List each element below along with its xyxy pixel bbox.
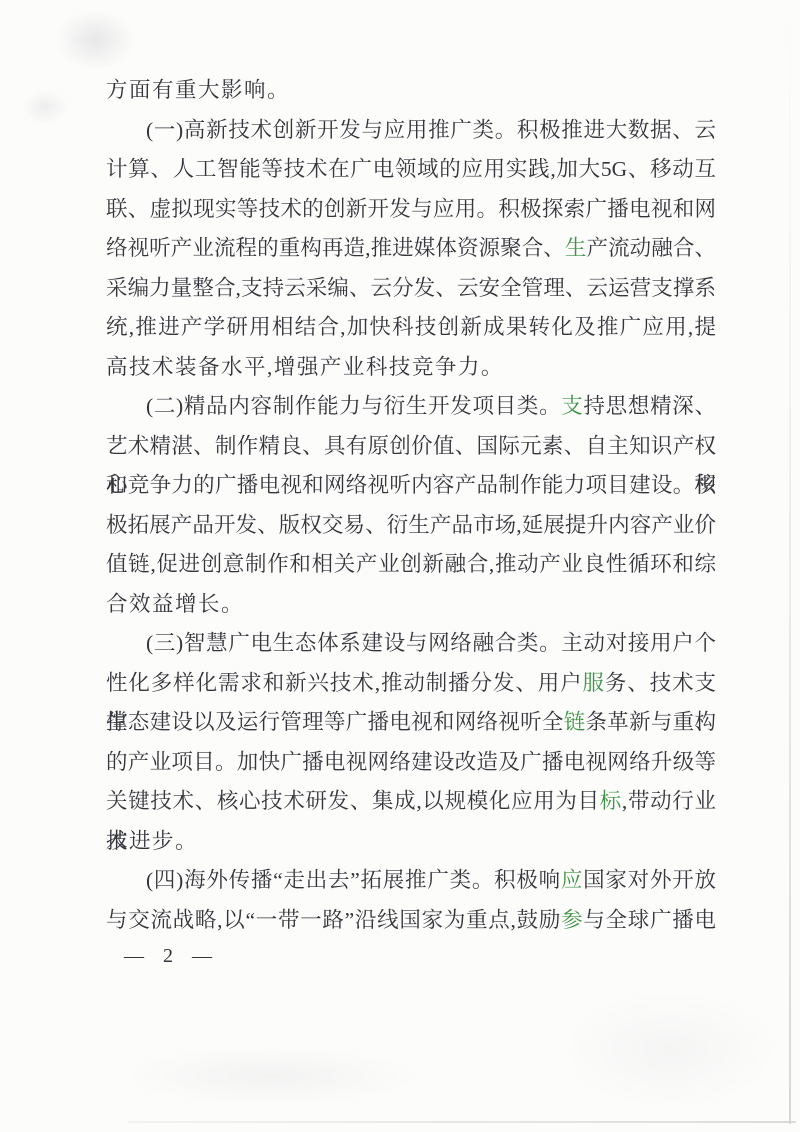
text-segment: 持思想精深、 [583, 394, 716, 418]
text-segment: 方面有重大影响。 [106, 78, 290, 102]
text-line: 性化多样化需求和新兴技术,推动制播分发、用户服务、技术支撑、 [106, 664, 716, 704]
text-segment: (二)精品内容制作能力与衍生开发项目类。 [146, 394, 561, 418]
text-segment: 计算、人工智能等技术在广电领域的应用实践,加大5G、移动互 [106, 157, 716, 181]
text-line: 联、虚拟现实等技术的创新开发与应用。积极探索广播电视和网 [106, 190, 716, 230]
text-line: (二)精品内容制作能力与衍生开发项目类。支持思想精深、 [106, 387, 716, 427]
text-line: (一)高新技术创新开发与应用推广类。积极推进大数据、云 [106, 111, 716, 151]
text-segment: 与交流战略,以“一带一路”沿线国家为重点,鼓励 [106, 908, 561, 932]
text-line: 统,推进产学研用相结合,加快科技创新成果转化及推广应用,提 [106, 308, 716, 348]
text-segment: 值链,促进创意制作和相关产业创新融合,推动产业良性循环和综 [106, 552, 716, 576]
green-tinted-character: 支 [561, 394, 583, 418]
document-lines: 方面有重大影响。(一)高新技术创新开发与应用推广类。积极推进大数据、云计算、人工… [106, 71, 716, 940]
text-segment: 极拓展产品开发、版权交易、衍生产品市场,延展提升内容产业价 [106, 513, 716, 537]
text-line: 络视听产业流程的重构再造,推进媒体资源聚合、生产流动融合、 [106, 229, 716, 269]
text-segment: 条革新与重构 [586, 710, 716, 734]
green-tinted-character: 应 [561, 868, 583, 892]
text-line: 合效益增长。 [106, 585, 716, 625]
scan-smudge [22, 90, 68, 124]
text-line: 值链,促进创意制作和相关产业创新融合,推动产业良性循环和综 [106, 545, 716, 585]
green-tinted-character: 生 [565, 236, 587, 260]
text-segment: 心竞争力的广播电视和网络视听内容产品制作能力项目建设。积 [106, 473, 716, 497]
text-segment: (四)海外传播“走出去”拓展推广类。积极响 [146, 868, 561, 892]
text-line: (三)智慧广电生态体系建设与网络融合类。主动对接用户个 [106, 624, 716, 664]
scan-edge-right [789, 0, 791, 1124]
text-segment: 术进步。 [106, 829, 198, 853]
text-segment: 合效益增长。 [106, 592, 244, 616]
scan-smudge [55, 10, 135, 70]
green-tinted-character: 链 [564, 710, 586, 734]
scan-smudge [120, 1046, 420, 1106]
text-line: 方面有重大影响。 [106, 71, 716, 111]
text-line: 生态建设以及运行管理等广播电视和网络视听全链条革新与重构 [106, 703, 716, 743]
text-segment: 国家对外开放 [583, 868, 716, 892]
scan-edge-bottom [128, 1121, 796, 1123]
text-segment: 性化多样化需求和新兴技术,推动制播分发、用户 [106, 671, 583, 695]
text-segment: 关键技术、核心技术研发、集成,以规模化应用为目 [106, 789, 600, 813]
text-segment: 的产业项目。加快广播电视网络建设改造及广播电视网络升级等 [106, 750, 716, 774]
page-number: — 2 — [124, 937, 219, 976]
text-segment: 统,推进产学研用相结合,加快科技创新成果转化及推广应用,提 [106, 315, 716, 339]
scan-smudge [560, 990, 780, 1110]
text-line: 高技术装备水平,增强产业科技竞争力。 [106, 348, 716, 388]
text-line: 关键技术、核心技术研发、集成,以规模化应用为目标,带动行业技 [106, 782, 716, 822]
text-line: 极拓展产品开发、版权交易、衍生产品市场,延展提升内容产业价 [106, 506, 716, 546]
text-segment: 产流动融合、 [587, 236, 716, 260]
text-segment: 与全球广播电 [583, 908, 716, 932]
text-segment: 高技术装备水平,增强产业科技竞争力。 [106, 355, 504, 379]
text-segment: (三)智慧广电生态体系建设与网络融合类。主动对接用户个 [146, 631, 716, 655]
text-segment: 联、虚拟现实等技术的创新开发与应用。积极探索广播电视和网 [106, 197, 716, 221]
green-tinted-character: 服 [583, 671, 605, 695]
scanned-document-page: 方面有重大影响。(一)高新技术创新开发与应用推广类。积极推进大数据、云计算、人工… [0, 0, 800, 1132]
text-segment: (一)高新技术创新开发与应用推广类。积极推进大数据、云 [146, 118, 716, 142]
text-line: 术进步。 [106, 822, 716, 862]
text-line: 与交流战略,以“一带一路”沿线国家为重点,鼓励参与全球广播电 [106, 901, 716, 941]
text-line: 艺术精湛、制作精良、具有原创价值、国际元素、自主知识产权和核 [106, 427, 716, 467]
green-tinted-character: 参 [561, 908, 583, 932]
text-line: 的产业项目。加快广播电视网络建设改造及广播电视网络升级等 [106, 743, 716, 783]
text-line: 采编力量整合,支持云采编、云分发、云安全管理、云运营支撑系 [106, 269, 716, 309]
text-line: 心竞争力的广播电视和网络视听内容产品制作能力项目建设。积 [106, 466, 716, 506]
green-tinted-character: 标 [600, 789, 622, 813]
text-segment: 生态建设以及运行管理等广播电视和网络视听全 [106, 710, 564, 734]
text-line: (四)海外传播“走出去”拓展推广类。积极响应国家对外开放 [106, 861, 716, 901]
text-segment: 采编力量整合,支持云采编、云分发、云安全管理、云运营支撑系 [106, 276, 716, 300]
text-segment: 络视听产业流程的重构再造,推进媒体资源聚合、 [106, 236, 565, 260]
text-line: 计算、人工智能等技术在广电领域的应用实践,加大5G、移动互 [106, 150, 716, 190]
